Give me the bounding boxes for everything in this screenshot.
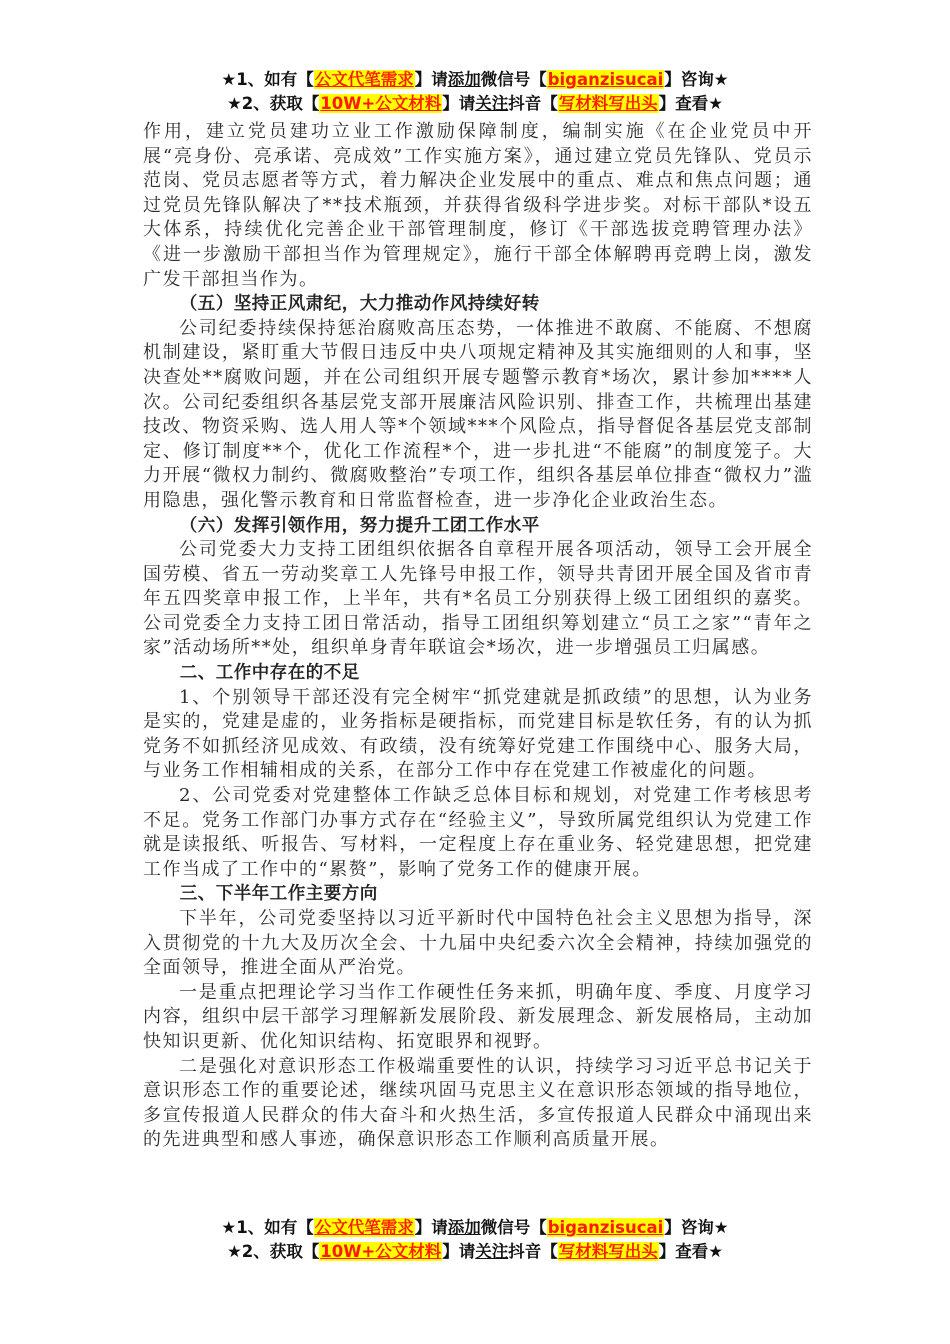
paragraph-shortcoming-1: 1、个别领导干部还没有完全树牢“抓党建就是抓政绩”的思想，认为业务是实的，党建是…	[143, 686, 813, 784]
banner-text: 】查看★	[659, 94, 723, 113]
heading-section-6: （六）发挥引领作用，努力提升工团工作水平	[143, 514, 813, 539]
paragraph-union-youth: 公司党委大力支持工团组织依据各自章程开展各项活动，领导工会开展全国劳模、省五一劳…	[143, 538, 813, 661]
banner-text: ★1、如有【	[221, 70, 313, 89]
banner-text: 】咨询★	[664, 1218, 728, 1237]
highlight-wechat-id[interactable]: biganzisucai	[547, 1218, 665, 1237]
banner-text: ★2、获取【	[227, 1242, 319, 1261]
banner-line-2: ★2、获取【10W+公文材料】请关注抖音【写材料写出头】查看★	[0, 92, 950, 116]
banner-text: ★2、获取【	[227, 94, 319, 113]
banner-text: ★1、如有【	[221, 1218, 313, 1237]
highlight-douyin-account[interactable]: 写材料写出头	[558, 1242, 659, 1261]
banner-text: 微信号【	[481, 70, 547, 89]
banner-line-1: ★1、如有【公文代笔需求】请添加微信号【biganzisucai】咨询★	[0, 68, 950, 92]
banner-text: 】请	[442, 94, 475, 113]
underlined-follow: 关注	[475, 94, 508, 113]
banner-text: 抖音【	[508, 94, 558, 113]
paragraph-discipline: 公司纪委持续保持惩治腐败高压态势，一体推进不敢腐、不能腐、不想腐机制建设，紧盯重…	[143, 317, 813, 514]
document-body: 作用，建立党员建功立业工作激励保障制度，编制实施《在企业党员中开展“亮身份、亮承…	[143, 120, 813, 1153]
banner-text: 抖音【	[508, 1242, 558, 1261]
underlined-follow: 关注	[475, 1242, 508, 1261]
highlight-ghostwriting: 公文代笔需求	[314, 70, 415, 89]
header-banner: ★1、如有【公文代笔需求】请添加微信号【biganzisucai】咨询★ ★2、…	[0, 68, 950, 116]
highlight-ghostwriting: 公文代笔需求	[314, 1218, 415, 1237]
heading-section-5: （五）坚持正风肃纪，大力推动作风持续好转	[143, 292, 813, 317]
paragraph-next-half-intro: 下半年，公司党委坚持以习近平新时代中国特色社会主义思想为指导，深入贯彻党的十九大…	[143, 907, 813, 981]
banner-text: 】请	[442, 1242, 475, 1261]
banner-text: 】请	[415, 70, 448, 89]
highlight-materials: 10W+公文材料	[319, 1242, 442, 1261]
banner-line-1: ★1、如有【公文代笔需求】请添加微信号【biganzisucai】咨询★	[0, 1216, 950, 1240]
banner-text: 】请	[415, 1218, 448, 1237]
paragraph-ideology-work: 二是强化对意识形态工作极端重要性的认识，持续学习习近平总书记关于意识形态工作的重…	[143, 1055, 813, 1153]
paragraph-theory-study: 一是重点把理论学习当作工作硬性任务来抓，明确年度、季度、月度学习内容，组织中层干…	[143, 981, 813, 1055]
highlight-wechat-id[interactable]: biganzisucai	[547, 70, 665, 89]
underlined-add: 添加	[448, 70, 481, 89]
highlight-materials: 10W+公文材料	[319, 94, 442, 113]
heading-next-half-year: 三、下半年工作主要方向	[143, 882, 813, 907]
banner-text: 】咨询★	[664, 70, 728, 89]
footer-banner: ★1、如有【公文代笔需求】请添加微信号【biganzisucai】咨询★ ★2、…	[0, 1216, 950, 1264]
underlined-add: 添加	[448, 1218, 481, 1237]
highlight-douyin-account[interactable]: 写材料写出头	[558, 94, 659, 113]
banner-line-2: ★2、获取【10W+公文材料】请关注抖音【写材料写出头】查看★	[0, 1240, 950, 1264]
banner-text: 微信号【	[481, 1218, 547, 1237]
heading-shortcomings: 二、工作中存在的不足	[143, 661, 813, 686]
paragraph-shortcoming-2: 2、公司党委对党建整体工作缺乏总体目标和规划，对党建工作考核思考不足。党务工作部…	[143, 784, 813, 882]
banner-text: 】查看★	[659, 1242, 723, 1261]
paragraph-cadre-mechanism: 作用，建立党员建功立业工作激励保障制度，编制实施《在企业党员中开展“亮身份、亮承…	[143, 120, 813, 292]
